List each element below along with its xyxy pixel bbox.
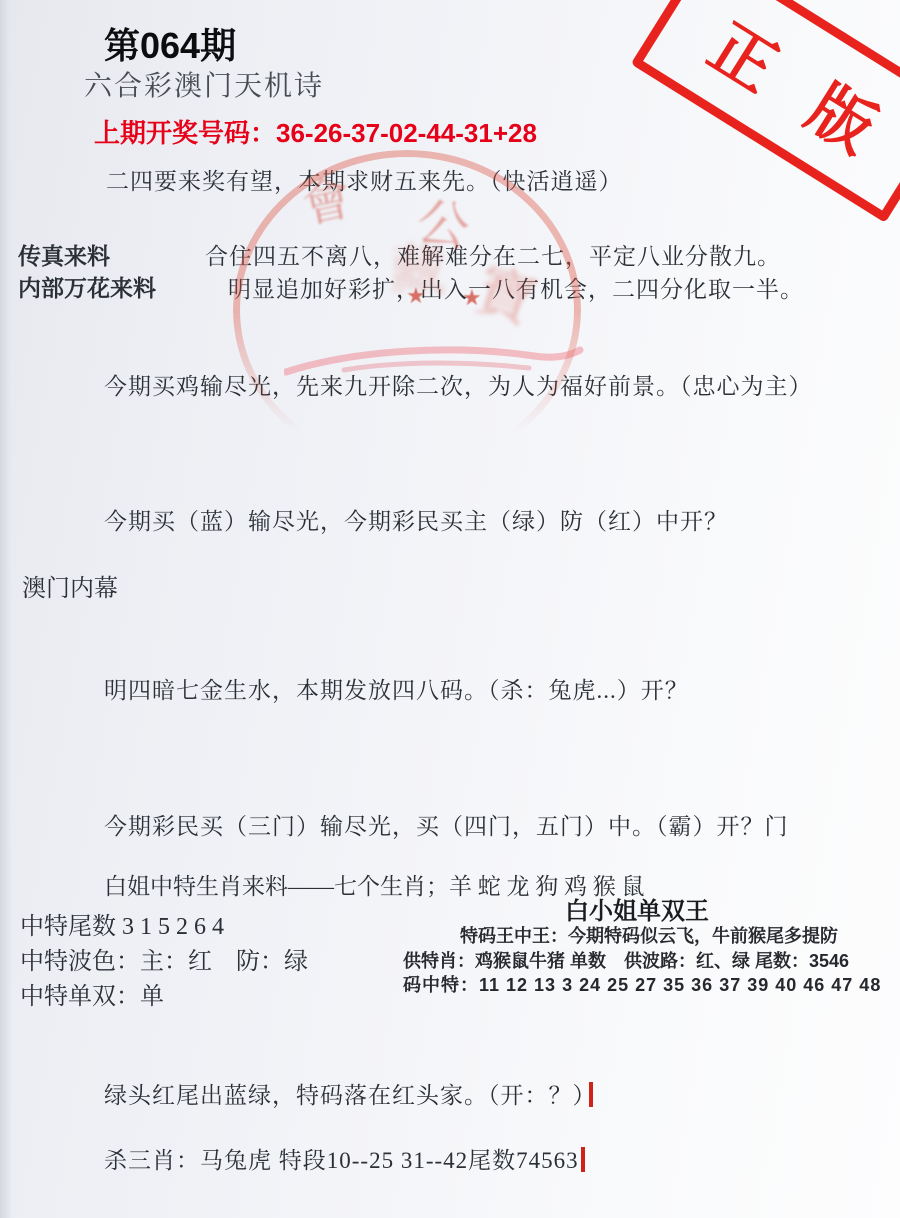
- poem-line-6: 绿头红尾出蓝绿，特码落在红头家。（开：？）: [104, 1077, 593, 1110]
- zodiac-tip-line: 白姐中特生肖来料——七个生肖；羊 蛇 龙 狗 鸡 猴 鼠: [104, 868, 645, 901]
- seal-star-icon: ★: [406, 283, 426, 309]
- last-draw-numbers: 36-26-37-02-44-31+28: [276, 118, 537, 148]
- supply-zodiac-line: 供特肖：鸡猴鼠牛猪 单数 供波路：红、绿 尾数：3546: [403, 947, 849, 973]
- circular-seal-stamp: 會 公 寶 藏 ★ ★: [233, 150, 581, 470]
- poem-line-3: 今期买（蓝）输尽光，今期彩民买主（绿）防（红）中开？: [104, 503, 728, 536]
- red-cursor-mark-2: [581, 1147, 585, 1172]
- poem-line-6-text: 绿头红尾出蓝绿，特码落在红头家。（开：？）: [104, 1083, 597, 1108]
- section-label-macau-insider: 澳门内幕: [22, 568, 118, 603]
- lottery-tip-sheet-page: 第064期 六合彩澳门天机诗 上期开奖号码：36-26-37-02-44-31+…: [0, 0, 900, 1218]
- scan-edge-shadow: [0, 0, 12, 1218]
- seal-star-icon: ★: [462, 285, 482, 311]
- poem-line-4: 明四暗七金生水，本期发放四八码。（杀：兔虎...）开？: [104, 672, 689, 705]
- last-draw-label: 上期开奖号码：: [94, 118, 276, 148]
- authentic-edition-stamp: 正版: [631, 0, 900, 223]
- last-draw-line: 上期开奖号码：36-26-37-02-44-31+28: [94, 113, 537, 150]
- special-code-king-line: 特码王中王：今期特码似云飞，牛前猴尾多提防: [460, 922, 838, 948]
- stat-wave-colors: 中特波色：主：红 防：绿: [20, 941, 308, 976]
- kill-line-text: 杀三肖：马兔虎 特段10--25 31--42尾数74563: [104, 1148, 579, 1173]
- sheet-subtitle: 六合彩澳门天机诗: [84, 64, 324, 104]
- stat-tail-numbers: 中特尾数 3 1 5 2 6 4: [20, 906, 224, 941]
- special-codes-line: 码中特：11 12 13 3 24 25 27 35 36 37 39 40 4…: [403, 971, 881, 997]
- poem-line-5: 今期彩民买（三门）输尽光，买（四门，五门）中。（霸）开？门: [104, 808, 789, 841]
- right-block-title: 白小姐单双王: [565, 891, 709, 926]
- red-cursor-mark-1: [589, 1082, 593, 1107]
- kill-three-zodiac-line: 杀三肖：马兔虎 特段10--25 31--42尾数74563: [104, 1142, 585, 1175]
- seal-character-1: 會: [295, 159, 356, 236]
- stat-odd-even: 中特单双：单: [20, 976, 164, 1011]
- fax-source-label: 传真来料: [18, 238, 110, 271]
- issue-number-title: 第064期: [104, 18, 236, 69]
- internal-source-label: 内部万花来料: [18, 270, 156, 303]
